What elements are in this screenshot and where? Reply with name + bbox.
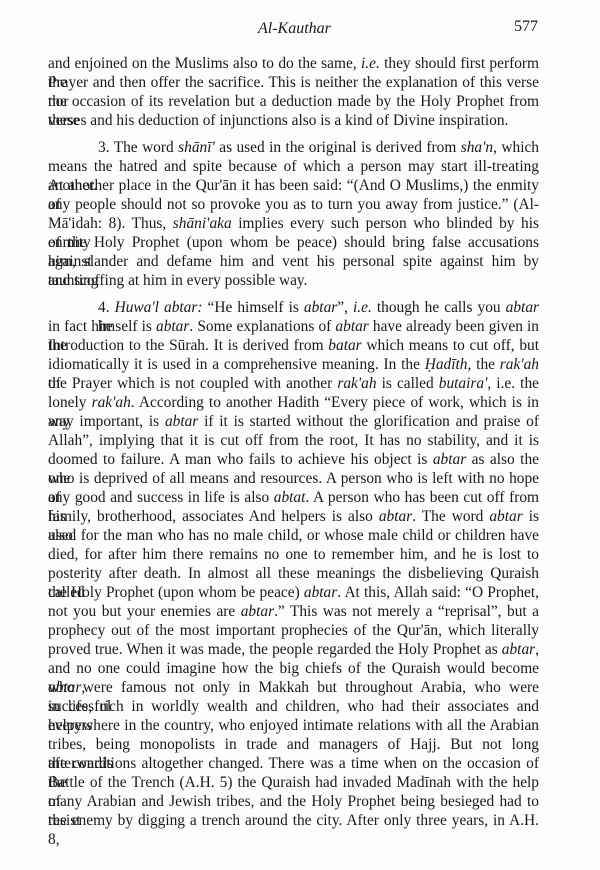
italic-term: sha'n bbox=[461, 139, 493, 156]
paragraph: 3. The word shānī' as used in the origin… bbox=[48, 138, 539, 290]
text-line: who is deprived of all means and resourc… bbox=[48, 469, 539, 488]
text-line: idiomatically it is used in a comprehens… bbox=[48, 355, 539, 374]
text-run: if it is started without the glorificati… bbox=[198, 413, 539, 430]
text-line: the Prayer which is not coupled with ano… bbox=[48, 374, 539, 393]
text-line: the conditions altogether changed. There… bbox=[48, 754, 539, 773]
italic-term: butaira' bbox=[439, 375, 488, 392]
text-line: Battle of the Trench (A.H. 5) the Qurais… bbox=[48, 773, 539, 792]
text-line: the enemy by digging a trench around the… bbox=[48, 811, 539, 830]
text-run: as used in the original is derived from bbox=[215, 139, 461, 156]
text-run: way important, is bbox=[48, 413, 165, 430]
text-run: and no one could imagine how the big chi… bbox=[48, 660, 539, 677]
italic-term: shāni'aka bbox=[173, 215, 232, 232]
text-run: , which bbox=[493, 139, 539, 156]
text-line: means the hatred and spite because of wh… bbox=[48, 157, 539, 176]
text-line: and no one could imagine how the big chi… bbox=[48, 659, 539, 678]
italic-term: abtar bbox=[156, 318, 189, 335]
text-run: in fact himself is bbox=[48, 318, 156, 335]
italic-term: i.e. bbox=[361, 55, 380, 72]
text-line: family, brotherhood, associates And help… bbox=[48, 507, 539, 526]
italic-term: abtar bbox=[165, 413, 198, 430]
text-run: and scoffing at him in every possible wa… bbox=[48, 272, 307, 289]
text-line: posterity after death. In almost all the… bbox=[48, 564, 539, 583]
text-line: died, for after him there remains no one… bbox=[48, 545, 539, 564]
text-line: prophecy out of the most important proph… bbox=[48, 621, 539, 640]
text-run: Allah”, implying that it is cut off from… bbox=[48, 432, 539, 449]
text-run: Mā'idah: 8). Thus, bbox=[48, 215, 173, 232]
running-head: Al-Kauthar 577 bbox=[0, 20, 600, 44]
text-line: Prayer and then offer the sacrifice. Thi… bbox=[48, 73, 539, 92]
text-line: proved true. When it was made, the peopl… bbox=[48, 640, 539, 659]
text-line: tribes, being monopolists in trade and m… bbox=[48, 735, 539, 754]
text-run: Introduction to the Sūrah. It is derived… bbox=[48, 337, 328, 354]
text-line: who were famous not only in Makkah but t… bbox=[48, 678, 539, 697]
text-run: used for the man who has no male child, … bbox=[48, 527, 539, 544]
text-line: the occasion of its revelation but a ded… bbox=[48, 92, 539, 111]
text-run: any good and success in life is also bbox=[48, 489, 274, 506]
text-line: 4. Huwa'l abtar: “He himself is abtar”, … bbox=[48, 298, 539, 317]
text-run: which means to cut off, but bbox=[362, 337, 539, 354]
italic-term: Ḥadīth bbox=[425, 356, 468, 373]
text-run: . Some explanations of bbox=[189, 318, 335, 335]
italic-term: batar bbox=[328, 337, 361, 354]
italic-term: abtar bbox=[304, 299, 337, 316]
italic-term: abtat bbox=[274, 489, 306, 506]
italic-term: abtar bbox=[379, 508, 412, 525]
italic-term: i.e. bbox=[353, 299, 372, 316]
text-line: Allah”, implying that it is cut off from… bbox=[48, 431, 539, 450]
text-run: the Holy Prophet (upon whom be peace) bbox=[48, 584, 304, 601]
text-line: verses and his deduction of injunctions … bbox=[48, 111, 539, 130]
paragraph: and enjoined on the Muslims also to do t… bbox=[48, 54, 539, 130]
text-run: . At this, Allah said: “O Prophet, bbox=[337, 584, 539, 601]
italic-term: abtar bbox=[335, 318, 368, 335]
text-run: though he calls you bbox=[372, 299, 506, 316]
text-line: many Arabian and Jewish tribes, and the … bbox=[48, 792, 539, 811]
text-line: used for the man who has no male child, … bbox=[48, 526, 539, 545]
italic-term: abtar bbox=[502, 641, 535, 658]
italic-term: shānī' bbox=[178, 139, 215, 156]
text-line: way important, is abtar if it is started… bbox=[48, 412, 539, 431]
text-run: everywhere in the country, who enjoyed i… bbox=[48, 717, 539, 734]
text-run: ”, bbox=[337, 299, 353, 316]
text-run: the Prayer which is not coupled with ano… bbox=[48, 375, 337, 392]
text-run: , the bbox=[468, 356, 500, 373]
text-line: 3. The word shānī' as used in the origin… bbox=[48, 138, 539, 157]
text-run: family, brotherhood, associates And help… bbox=[48, 508, 379, 525]
text-line: and scoffing at him in every possible wa… bbox=[48, 271, 539, 290]
page-number: 577 bbox=[514, 18, 538, 36]
text-run: 4. bbox=[98, 299, 115, 316]
text-line: At another place in the Qur'ān it has be… bbox=[48, 176, 539, 195]
text-run: “He himself is bbox=[202, 299, 303, 316]
text-run: idiomatically it is used in a comprehens… bbox=[48, 356, 425, 373]
text-run: is called bbox=[377, 375, 439, 392]
book-page: Al-Kauthar 577 and enjoined on the Musli… bbox=[0, 0, 600, 870]
italic-term: rak'ah bbox=[92, 394, 131, 411]
text-run: . The word bbox=[412, 508, 489, 525]
italic-term: abtar bbox=[241, 603, 274, 620]
text-line: in fact himself is abtar. Some explanati… bbox=[48, 317, 539, 336]
text-line: lonely rak'ah. According to another Hadi… bbox=[48, 393, 539, 412]
text-run: , i.e. the bbox=[487, 375, 539, 392]
text-run: any people should not so provoke you as … bbox=[48, 196, 539, 213]
italic-term: abtar bbox=[304, 584, 337, 601]
running-title: Al-Kauthar bbox=[258, 20, 331, 38]
italic-term: Huwa'l abtar: bbox=[115, 299, 203, 316]
text-run: proved true. When it was made, the peopl… bbox=[48, 641, 502, 658]
text-run: 3. The word bbox=[98, 139, 178, 156]
text-line: the Holy Prophet (upon whom be peace) ab… bbox=[48, 583, 539, 602]
text-run: not you but your enemies are bbox=[48, 603, 241, 620]
italic-term: abtar bbox=[489, 508, 522, 525]
text-run: and enjoined on the Muslims also to do t… bbox=[48, 55, 361, 72]
text-line: any good and success in life is also abt… bbox=[48, 488, 539, 507]
text-run: died, for after him there remains no one… bbox=[48, 546, 539, 563]
text-run: verses and his deduction of injunctions … bbox=[48, 112, 508, 129]
text-run: the enemy by digging a trench around the… bbox=[48, 812, 539, 848]
text-run: prophecy out of the most important proph… bbox=[48, 622, 539, 639]
text-line: of the Holy Prophet (upon whom be peace)… bbox=[48, 233, 539, 252]
text-line: in life, rich in worldly wealth and chil… bbox=[48, 697, 539, 716]
text-line: doomed to failure. A man who fails to ac… bbox=[48, 450, 539, 469]
text-line: Mā'idah: 8). Thus, shāni'aka implies eve… bbox=[48, 214, 539, 233]
text-line: and enjoined on the Muslims also to do t… bbox=[48, 54, 539, 73]
italic-term: rak'ah bbox=[500, 356, 539, 373]
text-run: doomed to failure. A man who fails to ac… bbox=[48, 451, 433, 468]
italic-term: abtar bbox=[433, 451, 466, 468]
text-run: , bbox=[535, 641, 539, 658]
paragraph: 4. Huwa'l abtar: “He himself is abtar”, … bbox=[48, 298, 539, 830]
text-line: not you but your enemies are abtar.” Thi… bbox=[48, 602, 539, 621]
text-run: lonely bbox=[48, 394, 92, 411]
text-line: everywhere in the country, who enjoyed i… bbox=[48, 716, 539, 735]
text-line: Introduction to the Sūrah. It is derived… bbox=[48, 336, 539, 355]
text-run: .” This was not merely a “reprisal”, but… bbox=[274, 603, 539, 620]
text-line: any people should not so provoke you as … bbox=[48, 195, 539, 214]
italic-term: abtar bbox=[506, 299, 539, 316]
text-line: him, slander and defame him and vent his… bbox=[48, 252, 539, 271]
body-text: and enjoined on the Muslims also to do t… bbox=[48, 54, 539, 830]
italic-term: rak'ah bbox=[337, 375, 376, 392]
